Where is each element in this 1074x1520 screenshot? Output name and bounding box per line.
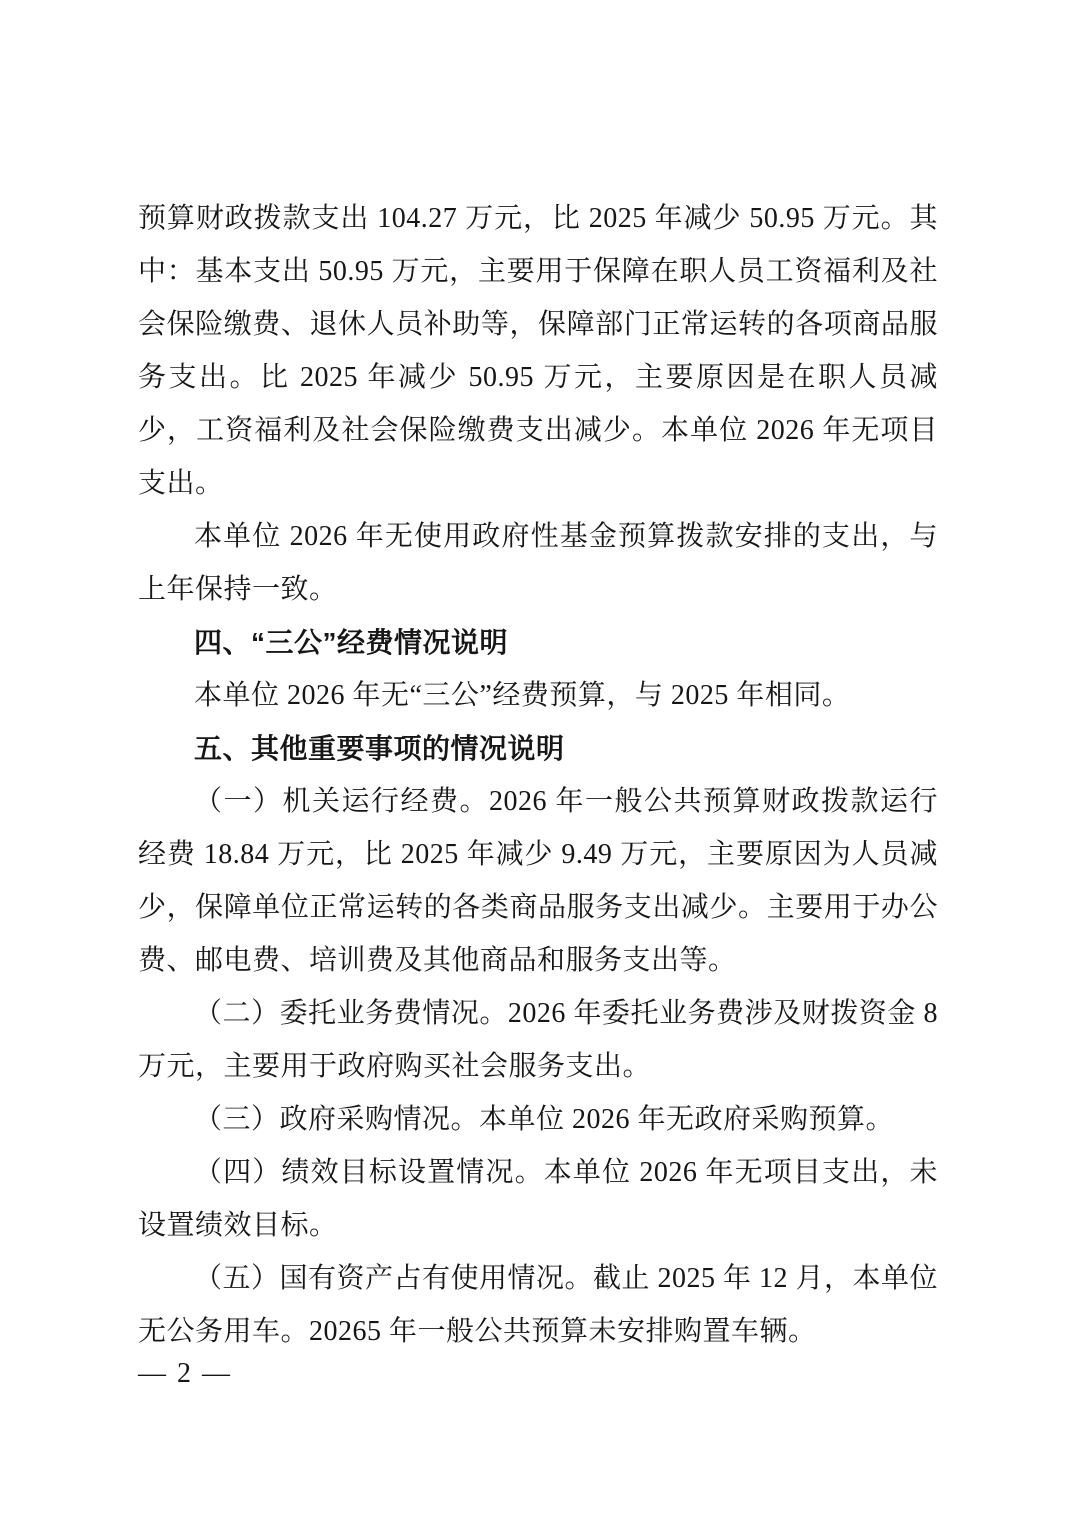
document-body: 预算财政拨款支出 104.27 万元，比 2025 年减少 50.95 万元。其… <box>138 192 938 1358</box>
page-number: — 2 — <box>138 1347 232 1400</box>
para-item-4-performance-targets: （四）绩效目标设置情况。本单位 2026 年无项目支出，未设置绩效目标。 <box>138 1146 938 1252</box>
para-government-fund-budget: 本单位 2026 年无使用政府性基金预算拨款安排的支出，与上年保持一致。 <box>138 510 938 616</box>
para-item-2-entrusted-business-fees: （二）委托业务费情况。2026 年委托业务费涉及财拨资金 8 万元，主要用于政府… <box>138 987 938 1093</box>
para-budget-expenditure-continuation: 预算财政拨款支出 104.27 万元，比 2025 年减少 50.95 万元。其… <box>138 192 938 510</box>
document-page: 预算财政拨款支出 104.27 万元，比 2025 年减少 50.95 万元。其… <box>0 0 1074 1520</box>
para-item-5-state-owned-assets: （五）国有资产占有使用情况。截止 2025 年 12 月，本单位无公务用车。20… <box>138 1252 938 1358</box>
heading-section-5-other-important-matters: 五、其他重要事项的情况说明 <box>138 722 938 775</box>
para-item-1-agency-operating-costs: （一）机关运行经费。2026 年一般公共预算财政拨款运行经费 18.84 万元，… <box>138 775 938 987</box>
para-item-3-government-procurement: （三）政府采购情况。本单位 2026 年无政府采购预算。 <box>138 1093 938 1146</box>
para-three-public-expenses: 本单位 2026 年无“三公”经费预算，与 2025 年相同。 <box>138 669 938 722</box>
heading-section-4-three-public-expenses: 四、“三公”经费情况说明 <box>138 616 938 669</box>
